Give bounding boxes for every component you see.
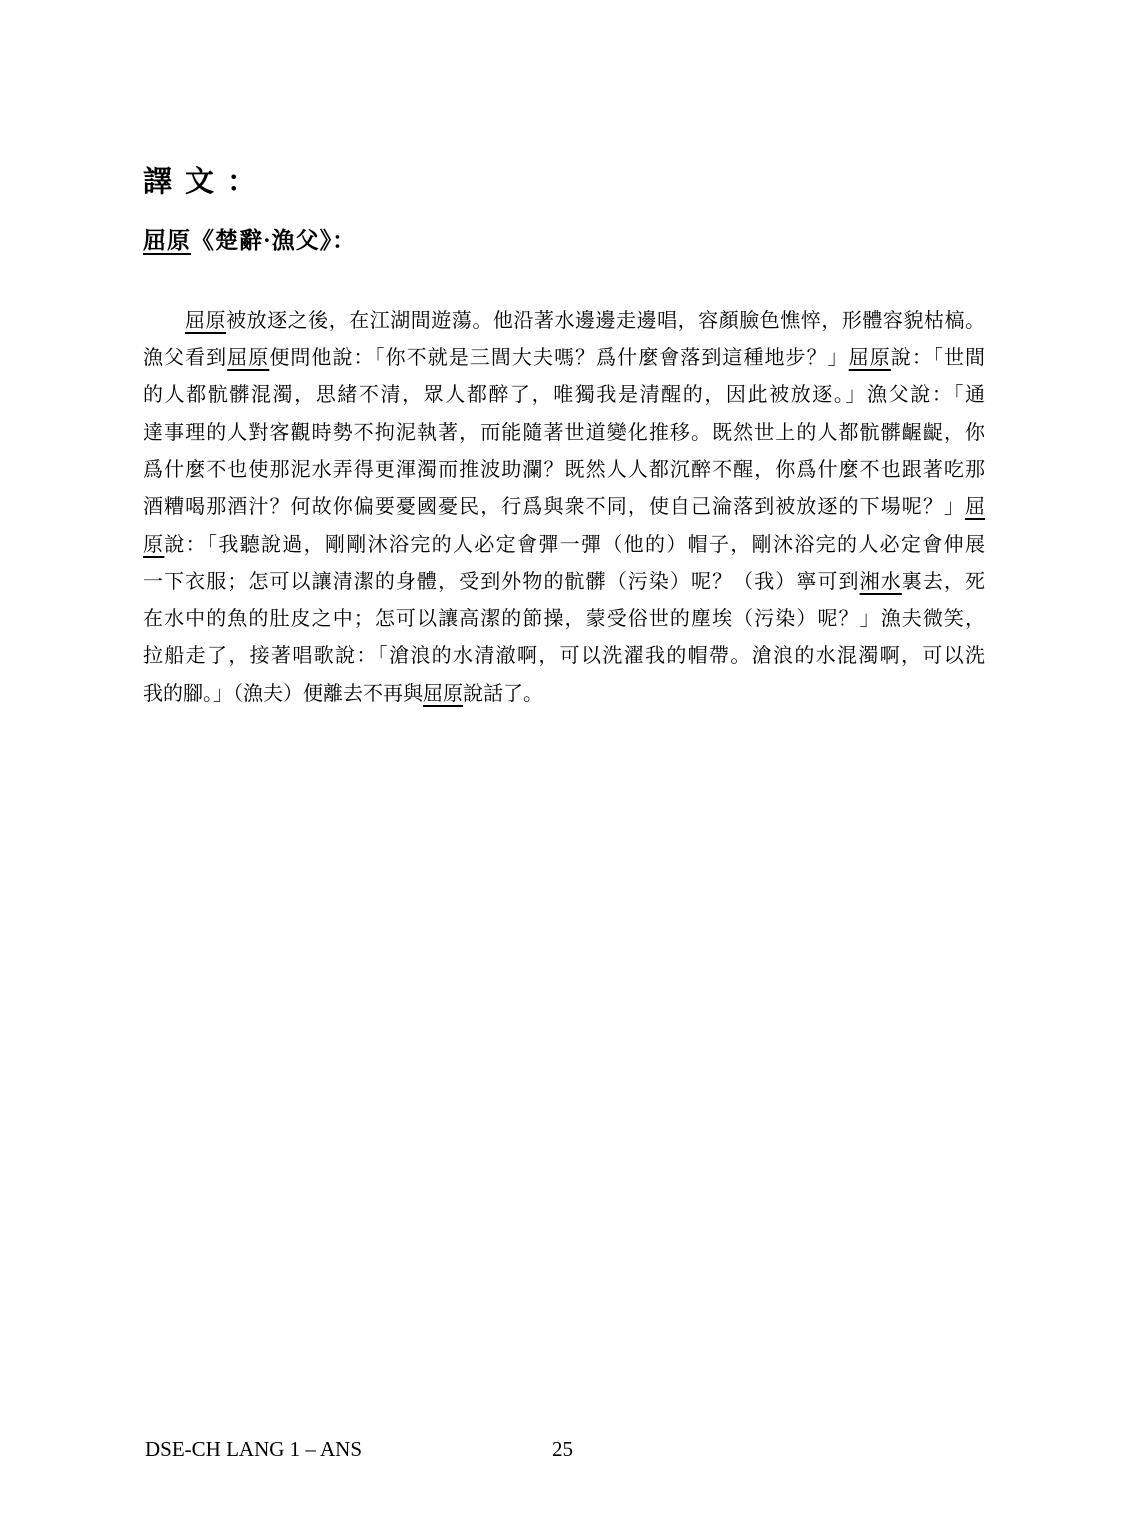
text-run: 說話了。 [463,683,543,705]
text-line: 漁父看到屈原便問他說：「你不就是三閭大夫嗎？爲什麼會落到這種地步？」屈原說：「世… [143,340,985,377]
text-run: 說：「我聽說過，剛剛沐浴完的人必定會彈一彈（他的）帽子，剛沐浴完的人必定會伸展 [164,534,985,556]
translation-paragraph: 屈原被放逐之後，在江湖間遊蕩。他沿著水邊邊走邊唱，容顏臉色憔悴，形體容貌枯槁。漁… [143,303,985,713]
underlined-proper-noun: 屈原 [849,347,891,369]
footer-page-number: 25 [0,1437,1125,1461]
text-line: 的人都骯髒混濁，思緒不清，眾人都醉了，唯獨我是清醒的，因此被放逐。」漁父說：「通 [143,377,985,414]
underlined-proper-noun: 屈原 [423,683,463,705]
document-page: 譯文： 屈原《楚辭·漁父》： 屈原被放逐之後，在江湖間遊蕩。他沿著水邊邊走邊唱，… [0,0,1125,1538]
text-run: 說：「世間 [891,347,985,369]
text-line: 我的腳。」（漁夫）便離去不再與屈原說話了。 [143,676,985,713]
underlined-proper-noun: 原 [143,534,164,556]
text-line: 爲什麼不也使那泥水弄得更渾濁而推波助瀾？既然人人都沉醉不醒，你爲什麼不也跟著吃那 [143,452,985,489]
text-run: 爲什麼不也使那泥水弄得更渾濁而推波助瀾？既然人人都沉醉不醒，你爲什麼不也跟著吃那 [143,459,985,481]
text-run: 達事理的人對客觀時勢不拘泥執著，而能隨著世道變化推移。既然世上的人都骯髒齷齪，你 [143,422,985,444]
text-line: 拉船走了，接著唱歌說：「滄浪的水清澈啊，可以洗濯我的帽帶。滄浪的水混濁啊，可以洗 [143,638,985,675]
text-run: 酒糟喝那酒汁？何故你偏要憂國憂民，行爲與衆不同，使自己淪落到被放逐的下場呢？」 [143,496,965,518]
text-run: 裏去，死 [902,571,985,593]
underlined-proper-noun: 屈原 [143,228,191,253]
text-run: 便問他說：「你不就是三閭大夫嗎？爲什麼會落到這種地步？」 [269,347,848,369]
text-run: 《楚辭·漁父》： [191,228,356,253]
text-run: 一下衣服；怎可以讓清潔的身體，受到外物的骯髒（污染）呢？（我）寧可到 [143,571,860,593]
text-run: 拉船走了，接著唱歌說：「滄浪的水清澈啊，可以洗濯我的帽帶。滄浪的水混濁啊，可以洗 [143,645,985,667]
text-line: 酒糟喝那酒汁？何故你偏要憂國憂民，行爲與衆不同，使自己淪落到被放逐的下場呢？」屈 [143,489,985,526]
underlined-proper-noun: 屈 [965,496,985,518]
text-run: 被放逐之後，在江湖間遊蕩。他沿著水邊邊走邊唱，容顏臉色憔悴，形體容貌枯槁。 [226,310,985,332]
page-heading: 譯文： [143,166,985,199]
underlined-proper-noun: 湘水 [860,571,902,593]
underlined-proper-noun: 屈原 [185,310,226,332]
underlined-proper-noun: 屈原 [227,347,269,369]
text-line: 達事理的人對客觀時勢不拘泥執著，而能隨著世道變化推移。既然世上的人都骯髒齷齪，你 [143,415,985,452]
text-run: 在水中的魚的肚皮之中；怎可以讓高潔的節操，蒙受俗世的塵埃（污染）呢？」漁夫微笑， [143,608,985,630]
text-line: 在水中的魚的肚皮之中；怎可以讓高潔的節操，蒙受俗世的塵埃（污染）呢？」漁夫微笑， [143,601,985,638]
text-line: 一下衣服；怎可以讓清潔的身體，受到外物的骯髒（污染）呢？（我）寧可到湘水裏去，死 [143,564,985,601]
source-heading: 屈原《楚辭·漁父》： [143,228,985,254]
text-run: 的人都骯髒混濁，思緒不清，眾人都醉了，唯獨我是清醒的，因此被放逐。」漁父說：「通 [143,384,985,406]
text-run: 漁父看到 [143,347,227,369]
text-line: 原說：「我聽說過，剛剛沐浴完的人必定會彈一彈（他的）帽子，剛沐浴完的人必定會伸展 [143,527,985,564]
text-run: 我的腳。」（漁夫）便離去不再與 [143,683,423,705]
text-line: 屈原被放逐之後，在江湖間遊蕩。他沿著水邊邊走邊唱，容顏臉色憔悴，形體容貌枯槁。 [143,303,985,340]
